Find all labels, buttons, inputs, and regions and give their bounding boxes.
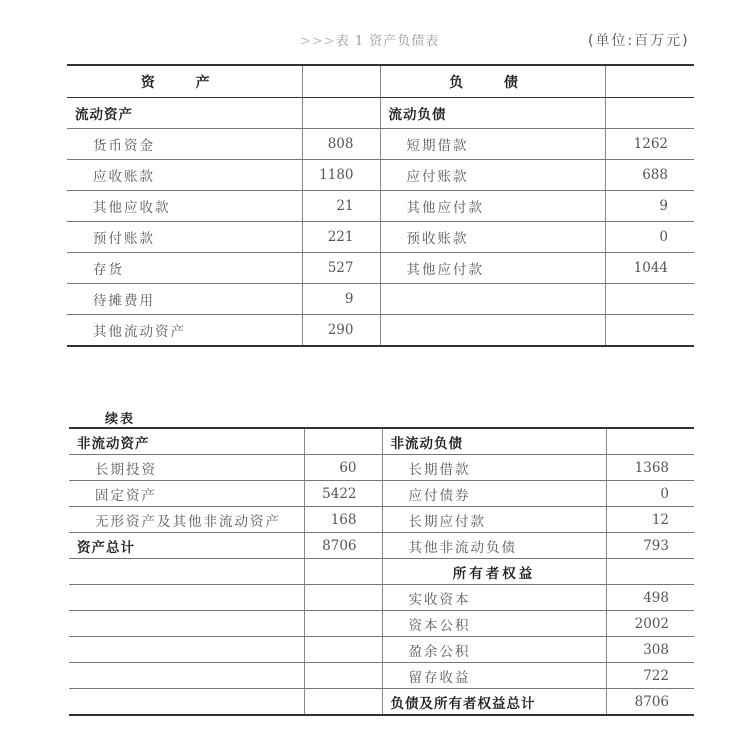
header-row: 资 产 负 债 [67,65,694,98]
table-row: 其他流动资产 290 [67,315,694,347]
noncurrent-assets-label: 非流动资产 [69,428,304,455]
table-row: 资产总计 8706 其他非流动负债 793 [69,533,694,559]
caption-arrows: >>> [300,34,336,49]
assets-header: 资 产 [67,65,302,98]
total-liab-equity-label: 负债及所有者权益总计 [382,689,606,716]
total-row: 负债及所有者权益总计 8706 [69,689,694,716]
section-row: 流动资产 流动负债 [67,98,694,129]
noncurrent-liabilities-label: 非流动负债 [382,428,606,455]
balance-sheet-continued-table: 非流动资产 非流动负债 长期投资 60 长期借款 1368 固定资产 5422 … [69,427,694,716]
continued-label: 续表 [105,408,135,427]
balance-sheet-table: 资 产 负 债 流动资产 流动负债 货币资金 808 短期借款 1262 应收账… [67,64,694,347]
table-row: 留存收益 722 [69,663,694,689]
total-liab-equity-value: 8706 [606,689,694,716]
table-row: 其他应收款 21 其他应付款 9 [67,191,694,222]
table-row: 固定资产 5422 应付债券 0 [69,481,694,507]
unit-label: (单位:百万元) [588,30,690,50]
equity-header: 所有者权益 [382,559,606,585]
table-row: 预付账款 221 预收账款 0 [67,222,694,253]
section-row: 非流动资产 非流动负债 [69,428,694,455]
table-row: 待摊费用 9 [67,284,694,315]
equity-header-row: 所有者权益 [69,559,694,585]
liabilities-header: 负 债 [380,65,605,98]
table-row: 资本公积 2002 [69,611,694,637]
table-row: 无形资产及其他非流动资产 168 长期应付款 12 [69,507,694,533]
table-row: 应收账款 1180 应付账款 688 [67,160,694,191]
total-assets-value: 8706 [304,533,382,559]
caption-label: 表 1 资产负债表 [336,34,440,49]
table-row: 实收资本 498 [69,585,694,611]
table-row: 存货 527 其他应付款 1044 [67,253,694,284]
table-row: 盈余公积 308 [69,637,694,663]
table-row: 长期投资 60 长期借款 1368 [69,455,694,481]
table-caption: >>>表 1 资产负债表 [300,30,439,49]
table-row: 货币资金 808 短期借款 1262 [67,129,694,160]
total-assets-label: 资产总计 [69,533,304,559]
current-assets-label: 流动资产 [67,98,302,129]
current-liabilities-label: 流动负债 [380,98,605,129]
